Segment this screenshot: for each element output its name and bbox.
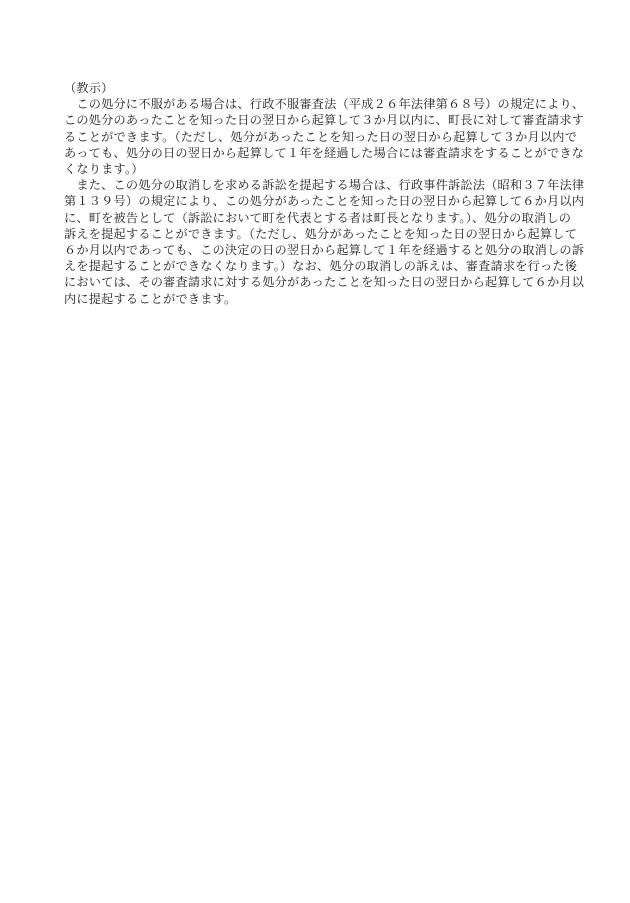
text-line: 第１３９号）の規定により、この処分があったことを知った日の翌日から起算して６か月… (64, 193, 574, 209)
text-line: えを提起することができなくなります。）なお、処分の取消しの訴えは、審査請求を行っ… (64, 258, 574, 274)
text-line: くなります。） (64, 161, 574, 177)
text-line: この処分のあったことを知った日の翌日から起算して３か月以内に、町長に対して審査請… (64, 112, 574, 128)
text-line: ６か月以内であっても、この決定の日の翌日から起算して１年を経過すると処分の取消し… (64, 242, 574, 258)
text-line: に、町を被告として（訴訟において町を代表とする者は町長となります。）、処分の取消… (64, 210, 574, 226)
text-line: ることができます。（ただし、処分があったことを知った日の翌日から起算して３か月以… (64, 129, 574, 145)
document-page: （教示） この処分に不服がある場合は、行政不服審査法（平成２６年法律第６８号）の… (64, 80, 574, 307)
heading-instruction: （教示） (64, 80, 574, 96)
text-line: この処分に不服がある場合は、行政不服審査法（平成２６年法律第６８号）の規定により… (64, 96, 574, 112)
paragraph-lawsuit: また、この処分の取消しを求める訴訟を提起する場合は、行政事件訴訟法（昭和３７年法… (64, 177, 574, 307)
text-line: においては、その審査請求に対する処分があったことを知った日の翌日から起算して６か… (64, 274, 574, 290)
text-line: あっても、処分の日の翌日から起算して１年を経過した場合には審査請求をすることがで… (64, 145, 574, 161)
text-line: 訴えを提起することができます。（ただし、処分があったことを知った日の翌日から起算… (64, 226, 574, 242)
text-line: また、この処分の取消しを求める訴訟を提起する場合は、行政事件訴訟法（昭和３７年法… (64, 177, 574, 193)
text-line: 内に提起することができます。 (64, 291, 574, 307)
paragraph-administrative-appeal: この処分に不服がある場合は、行政不服審査法（平成２６年法律第６８号）の規定により… (64, 96, 574, 177)
